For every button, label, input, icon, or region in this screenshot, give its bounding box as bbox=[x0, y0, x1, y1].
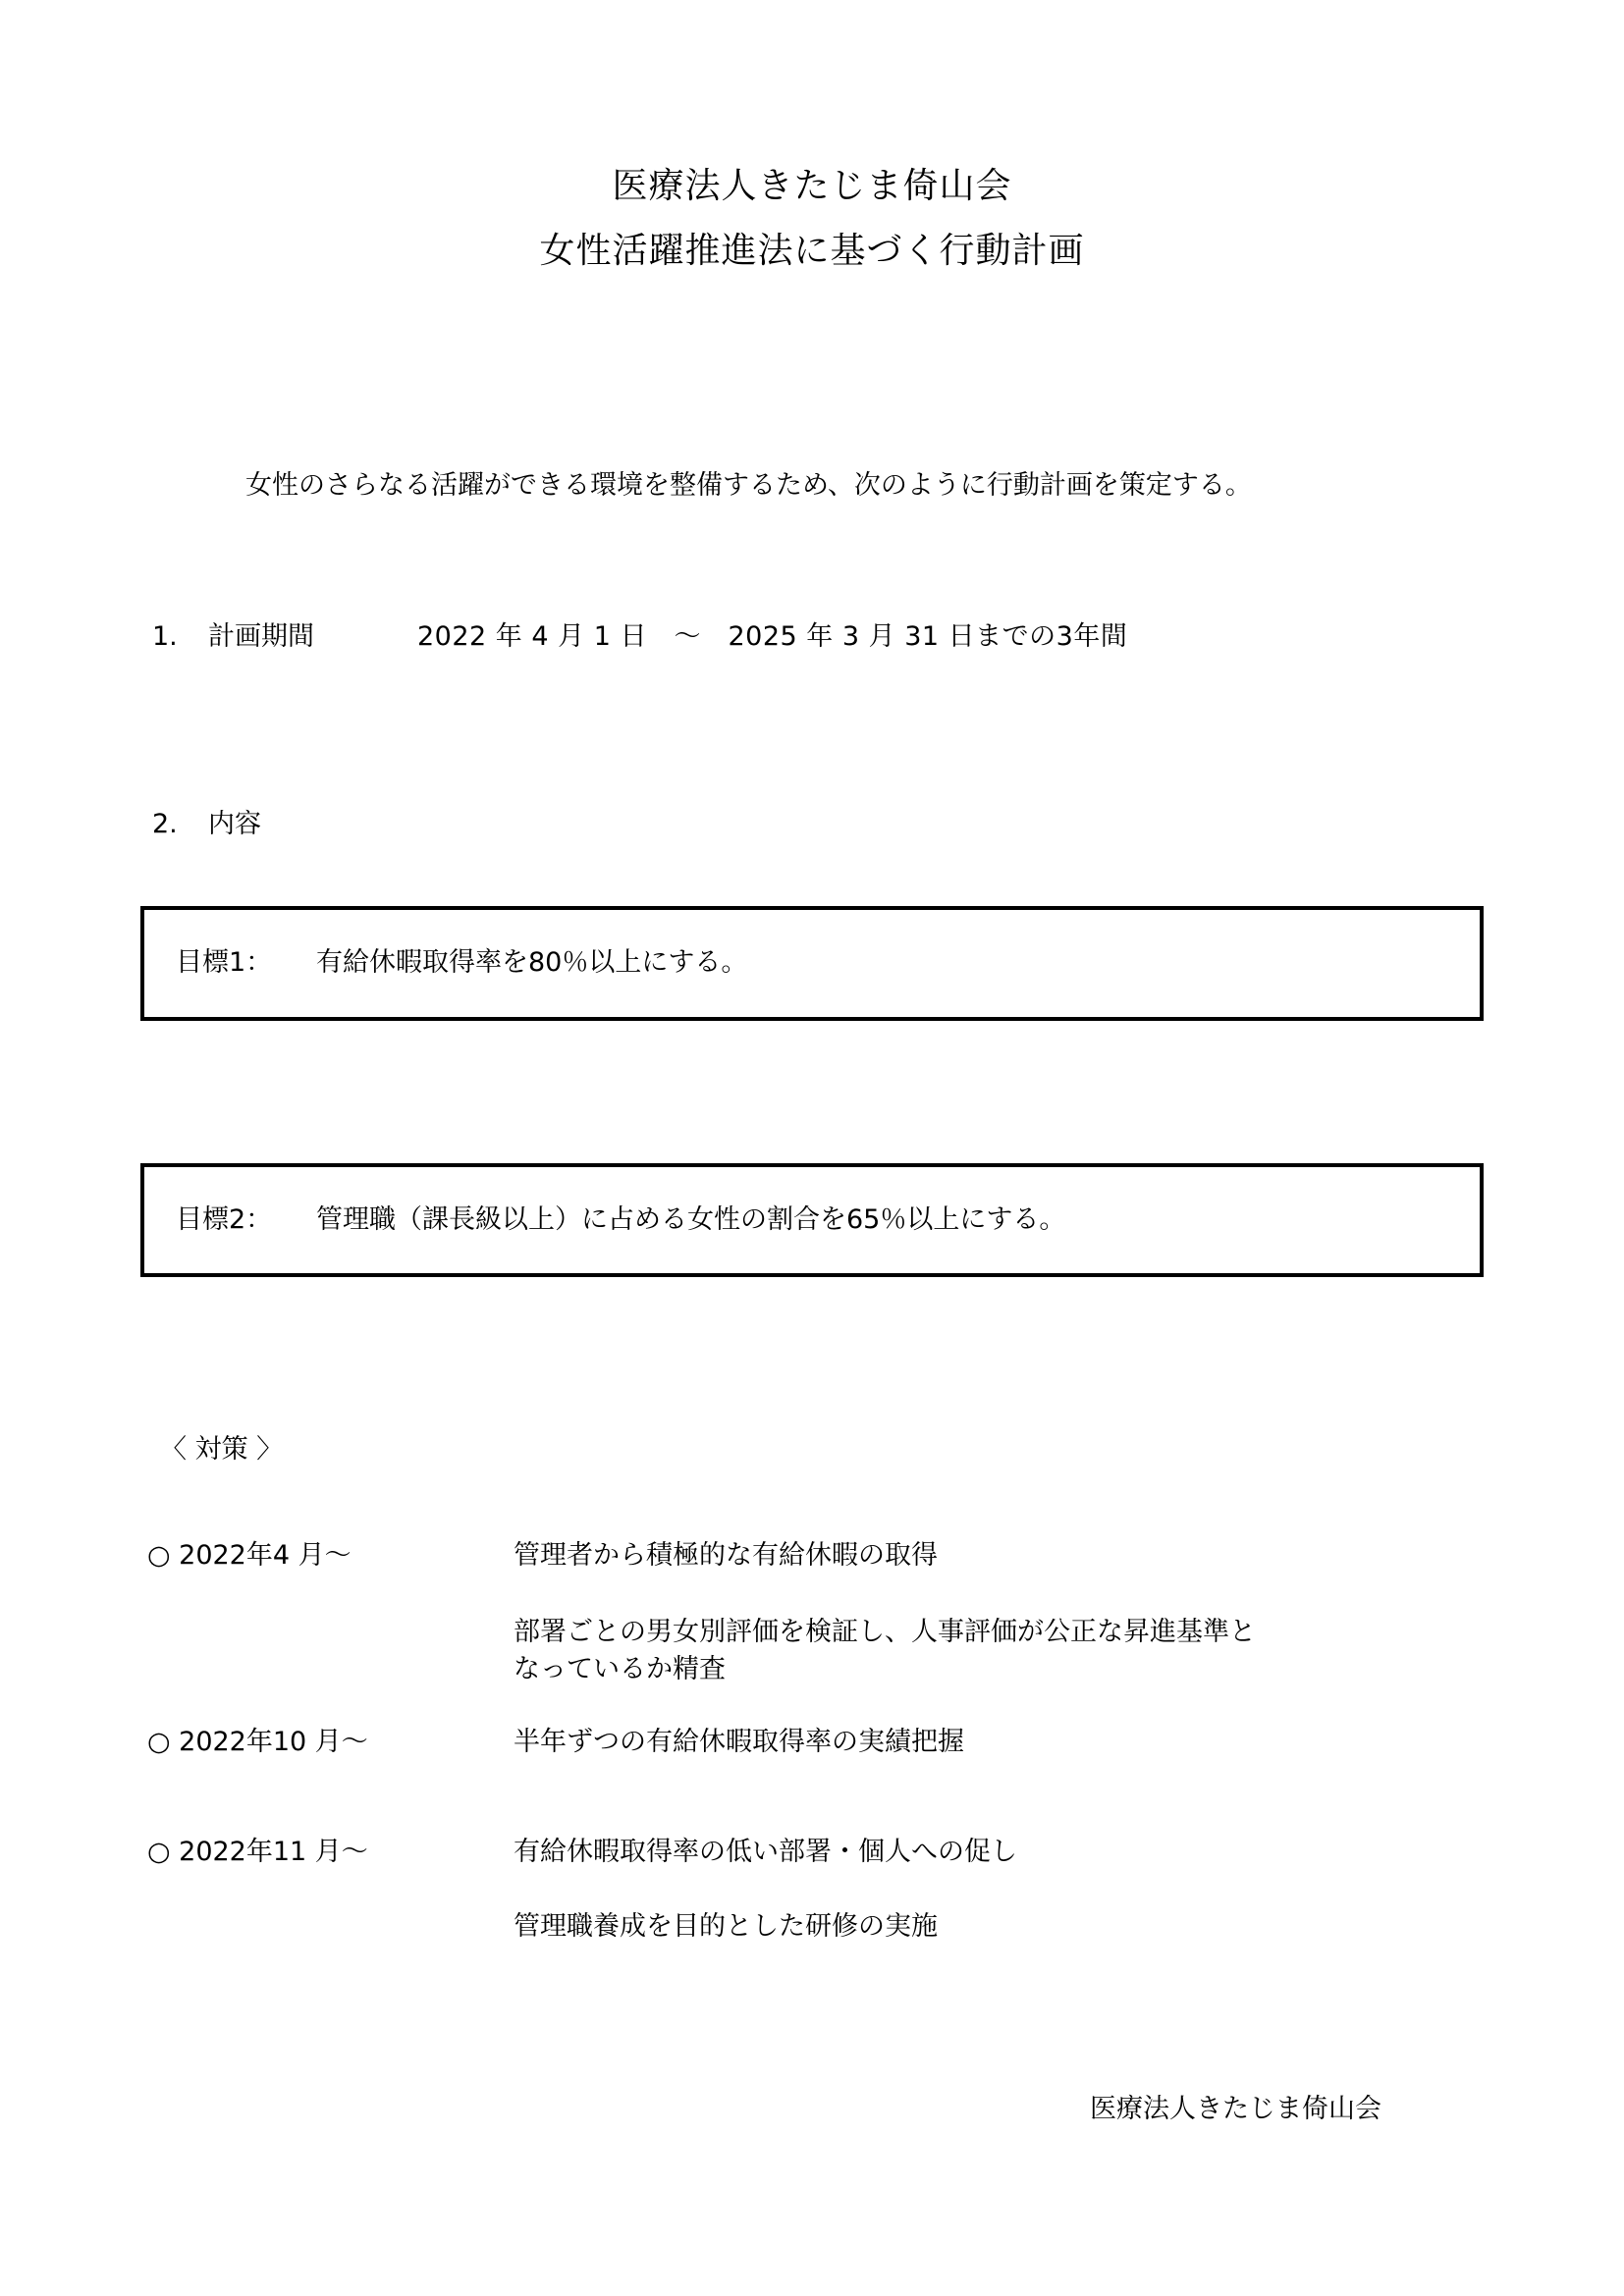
measure-date-1: ○ 2022年4 月～ bbox=[147, 1539, 352, 1573]
intro-statement: 女性のさらなる活躍ができる環境を整備するため、次のように行動計画を策定する。 bbox=[245, 469, 1252, 503]
goal-2-label: 目標2： bbox=[176, 1203, 316, 1237]
measure-1-action-1: 管理者から積極的な有給休暇の取得 bbox=[514, 1539, 938, 1573]
measure-3-action-2: 管理職養成を目的とした研修の実施 bbox=[514, 1910, 938, 1944]
measures-heading: 〈 対策 〉 bbox=[160, 1433, 283, 1467]
content-label: 内容 bbox=[208, 808, 261, 841]
organization-title: 医療法人きたじま倚山会 bbox=[0, 165, 1624, 208]
goal-1-label: 目標1： bbox=[176, 946, 316, 980]
section-number-plan-period: 1. bbox=[152, 620, 178, 654]
measure-3-action-1: 有給休暇取得率の低い部署・個人への促し bbox=[514, 1836, 1017, 1869]
document-title: 女性活躍推進法に基づく行動計画 bbox=[0, 230, 1624, 273]
measure-1-action-2: 部署ごとの男女別評価を検証し、人事評価が公正な昇進基準と bbox=[514, 1616, 1256, 1649]
goal-2: 目標2：管理職（課長級以上）に占める女性の割合を65％以上にする。 bbox=[176, 1203, 1065, 1237]
plan-period-value: 2022 年 4 月 1 日 ～ 2025 年 3 月 31 日までの3年間 bbox=[417, 620, 1127, 654]
plan-period-label: 計画期間 bbox=[208, 620, 314, 654]
goal-1-text: 有給休暇取得率を80％以上にする。 bbox=[316, 947, 747, 978]
goal-box-1: 目標1：有給休暇取得率を80％以上にする。 bbox=[140, 906, 1484, 1021]
measure-date-3: ○ 2022年11 月～ bbox=[147, 1836, 368, 1869]
measure-1-action-2-cont: なっているか精査 bbox=[514, 1653, 726, 1686]
goal-2-text: 管理職（課長級以上）に占める女性の割合を65％以上にする。 bbox=[316, 1204, 1065, 1235]
goal-box-2: 目標2：管理職（課長級以上）に占める女性の割合を65％以上にする。 bbox=[140, 1163, 1484, 1277]
goal-1: 目標1：有給休暇取得率を80％以上にする。 bbox=[176, 946, 747, 980]
measure-2-action-1: 半年ずつの有給休暇取得率の実績把握 bbox=[514, 1726, 964, 1759]
footer-organization: 医療法人きたじま倚山会 bbox=[1090, 2093, 1381, 2126]
measure-date-2: ○ 2022年10 月～ bbox=[147, 1726, 368, 1759]
section-number-content: 2. bbox=[152, 808, 178, 841]
